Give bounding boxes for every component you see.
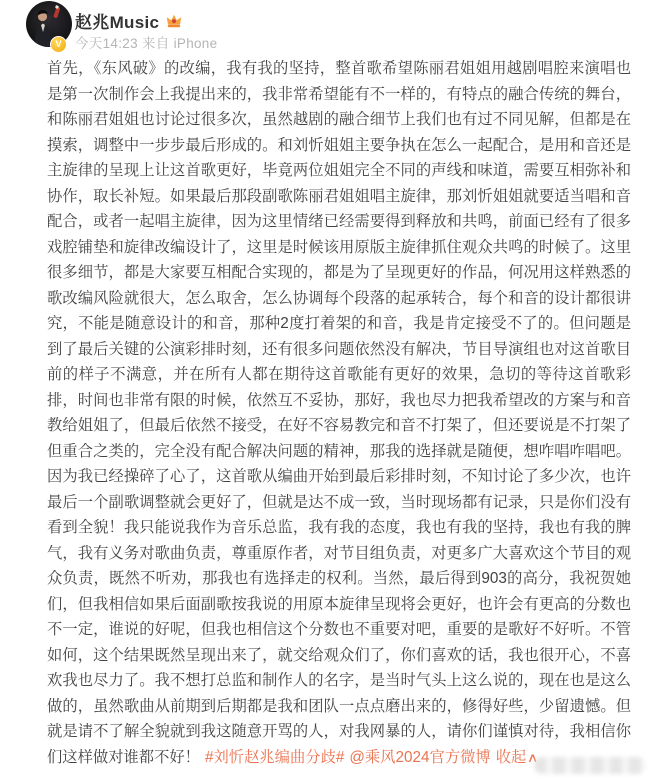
username[interactable]: 赵兆Music [75, 8, 159, 33]
collapse-label: 收起 [496, 749, 527, 766]
weibo-post-page: V 赵兆Music 今天14:23 来自 iPhone 首先，《东风破》的改编，… [0, 0, 650, 781]
vip-crown-icon[interactable] [165, 12, 183, 30]
hashtag-link[interactable]: #刘忻赵兆编曲分歧# [205, 749, 344, 766]
username-row: 赵兆Music [75, 8, 183, 33]
mention-link[interactable]: @乘风2024官方微博 [349, 749, 490, 766]
collapse-button[interactable]: 收起∧ [496, 749, 538, 766]
verified-badge-icon: V [50, 36, 67, 53]
post-meta: 今天14:23 来自 iPhone [75, 32, 217, 52]
post-text: 首先，《东风破》的改编，我有我的坚持，整首歌希望陈丽君姐姐用越剧唱腔来演唱也是第… [47, 60, 631, 766]
post-body: 首先，《东风破》的改编，我有我的坚持，整首歌希望陈丽君姐姐用越剧唱腔来演唱也是第… [47, 56, 631, 770]
watermark-blur [534, 757, 646, 774]
